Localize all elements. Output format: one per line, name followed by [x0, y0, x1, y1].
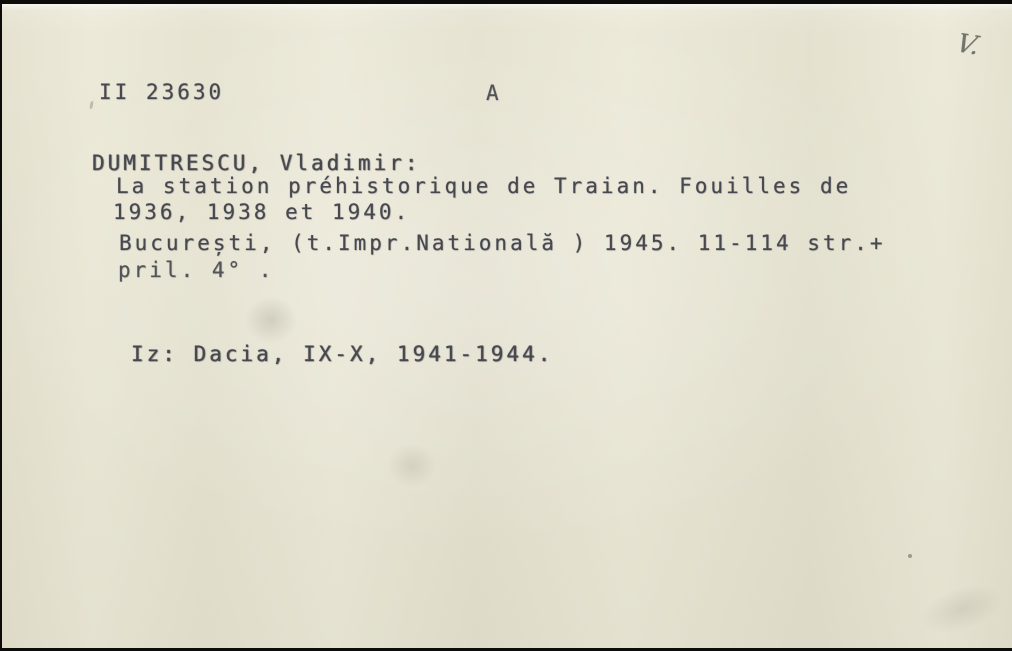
catalog-card-paper: II 23630 A DUMITRESCU, Vladimir: La stat… [2, 4, 1012, 648]
paper-speck [908, 554, 912, 558]
author-line: DUMITRESCU, Vladimir: [92, 151, 421, 176]
ink-smudge [245, 296, 297, 344]
paper-speck [89, 101, 94, 109]
call-number: II 23630 [99, 80, 224, 105]
card-top-edge [2, 4, 1012, 11]
scanned-catalog-card: II 23630 A DUMITRESCU, Vladimir: La stat… [0, 0, 1012, 651]
source-note: Iz: Dacia, IX-X, 1941-1944. [131, 342, 553, 367]
shelf-letter: A [486, 81, 502, 106]
pencil-smudge [916, 576, 1009, 642]
ink-smudge [387, 444, 437, 488]
title-line-1: La station préhistorique de Traian. Foui… [116, 174, 851, 199]
title-line-2: 1936, 1938 et 1940. [113, 200, 410, 225]
imprint-line-1: București, (t.Impr.Natională ) 1945. 11-… [119, 231, 886, 256]
imprint-line-2: pril. 4° . [118, 258, 274, 283]
handwritten-v-mark: V. [953, 29, 984, 61]
